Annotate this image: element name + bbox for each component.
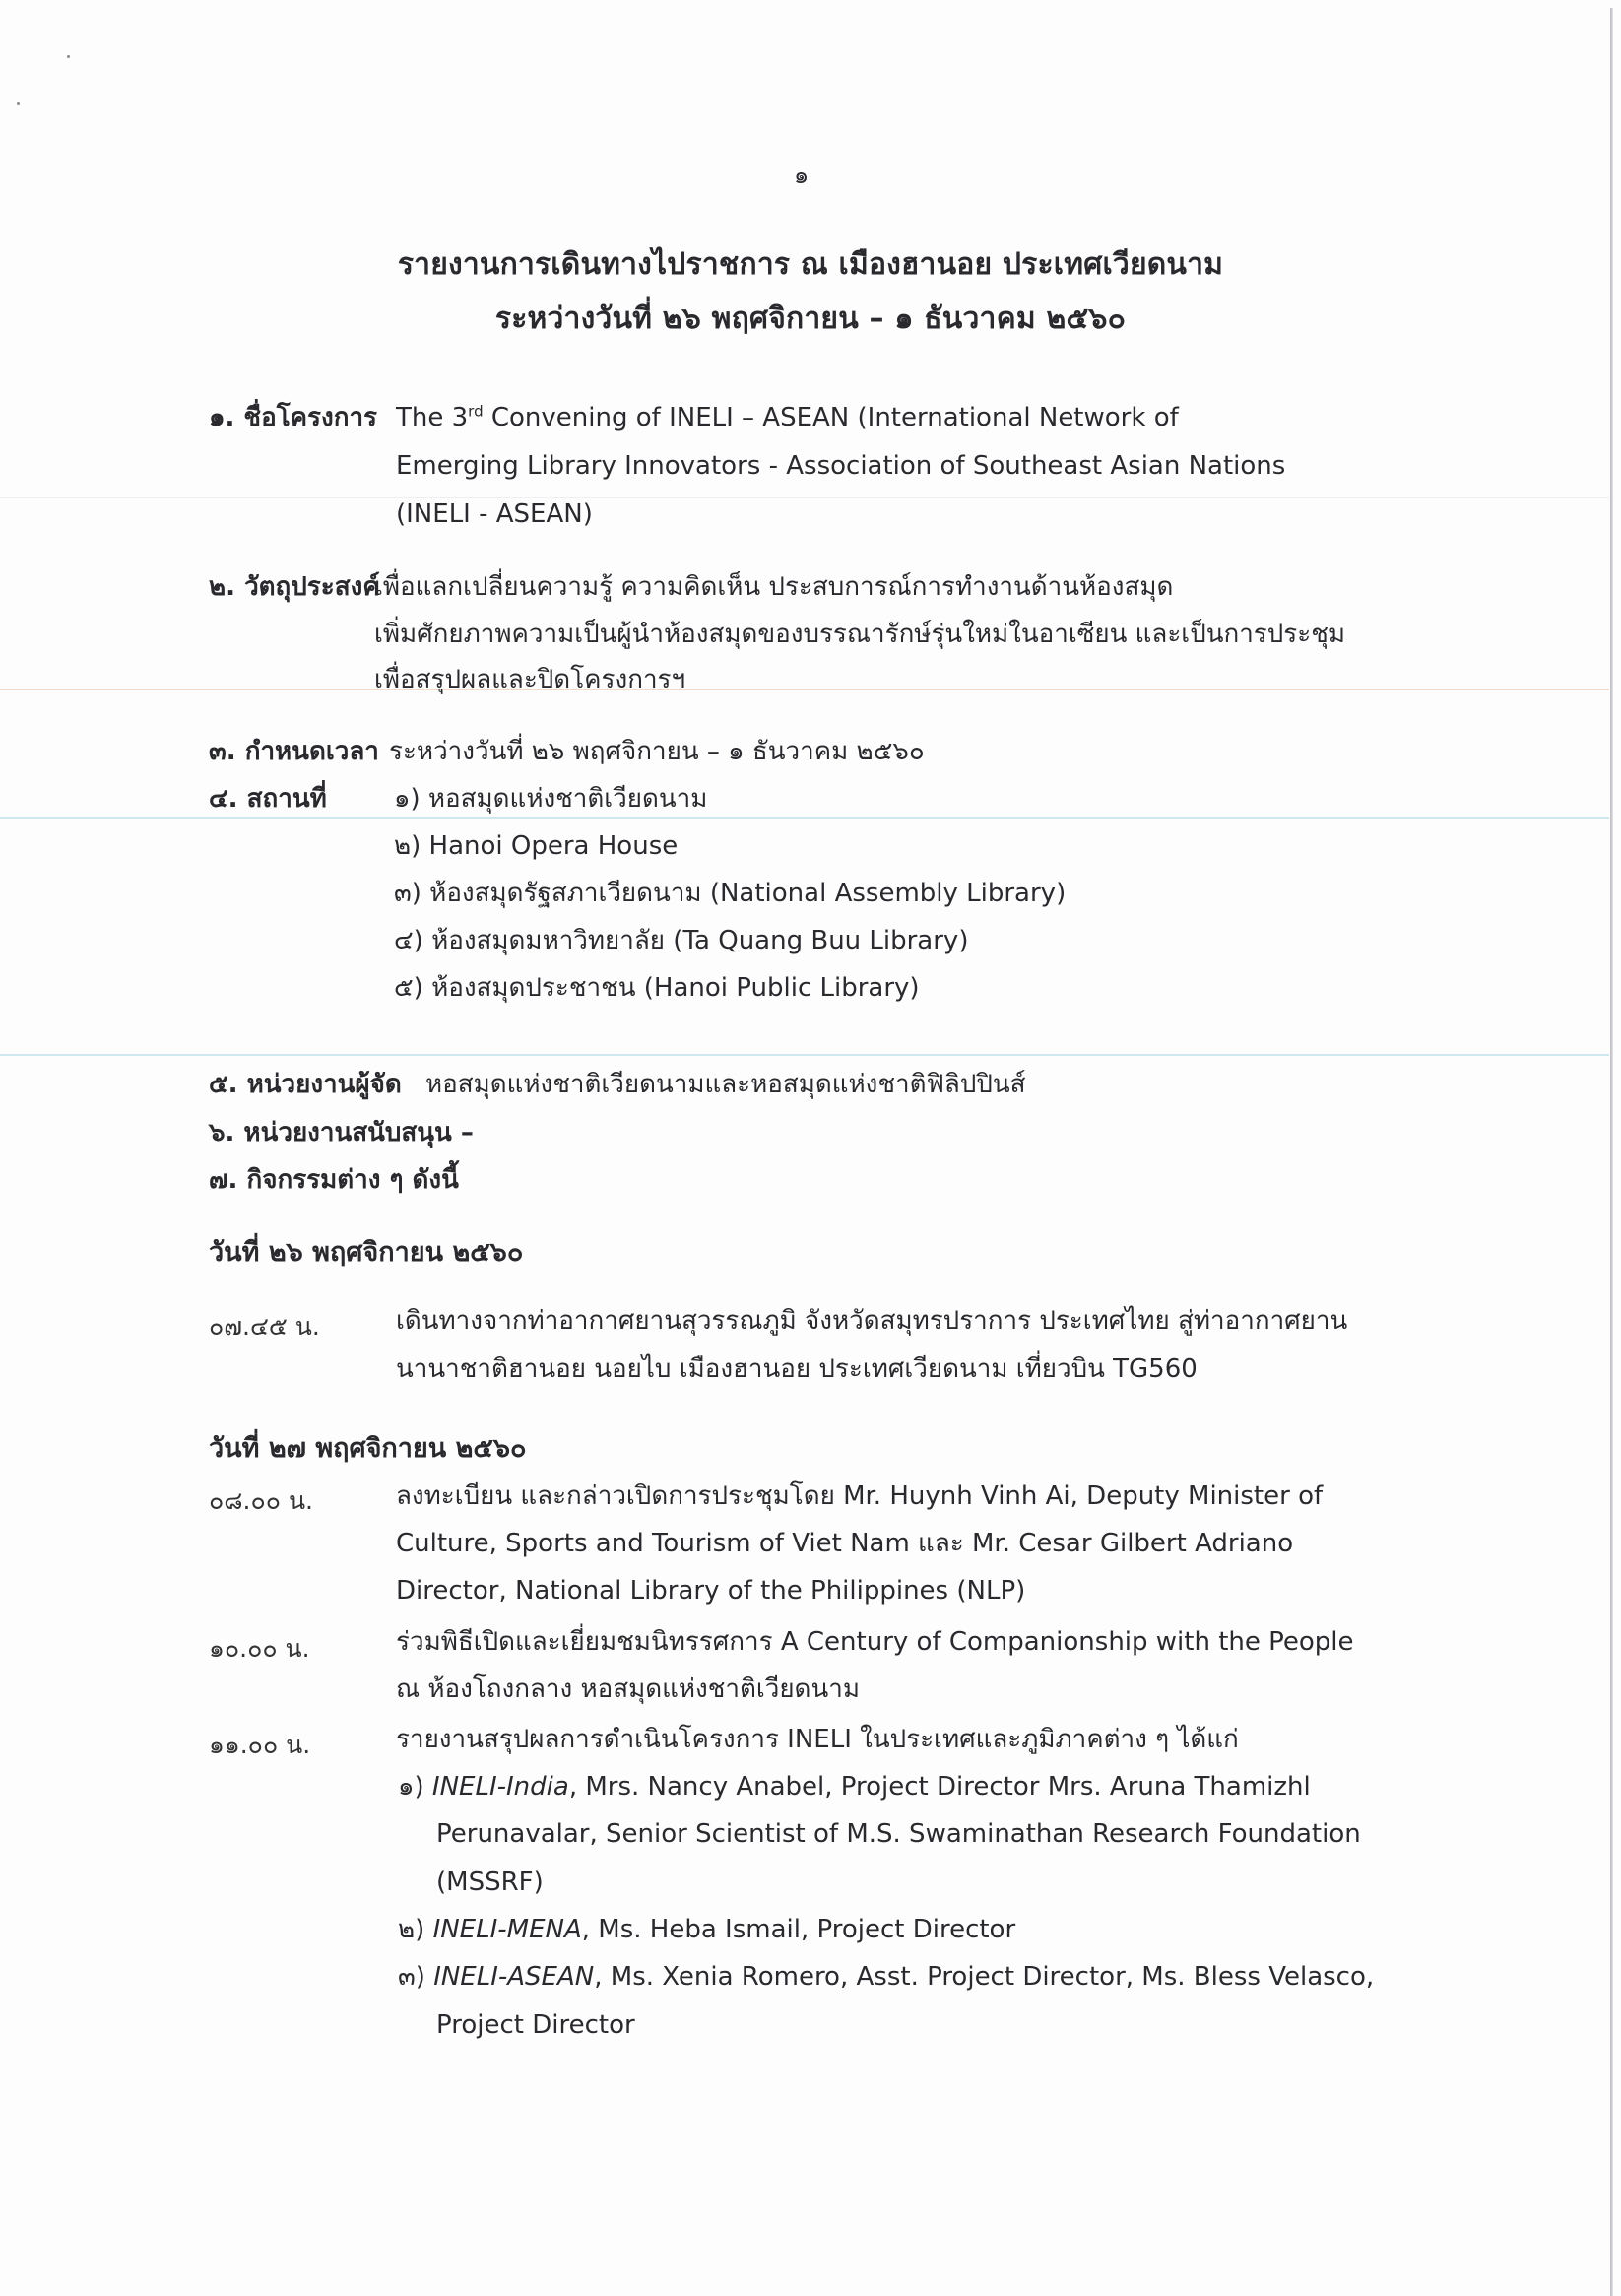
venue-item: ๓) ห้องสมุดรัฐสภาเวียดนาม (National Asse… [394,870,1066,917]
schedule-date: วันที่ ๒๗ พฤศจิกายน ๒๕๖๐ [209,1425,526,1473]
section-venue: ๔. สถานที่ [209,775,327,822]
organizer-value: หอสมุดแห่งชาติเวียดนามและหอสมุดแห่งชาติฟ… [425,1061,1026,1108]
objective-line: เพื่อแลกเปลี่ยนความรู้ ความคิดเห็น ประสบ… [374,563,1173,611]
event-time: ๑๐.๐๐ น. [209,1625,310,1673]
event-line: Culture, Sports and Tourism of Viet Nam … [396,1520,1293,1567]
event-line: ร่วมพิธีเปิดและเยี่ยมชมนิทรรศการ A Centu… [396,1618,1354,1666]
document-title: รายงานการเดินทางไปราชการ ณ เมืองฮานอย ปร… [0,241,1621,288]
section-label: ๗. กิจกรรมต่าง ๆ ดังนี้ [209,1156,459,1204]
venue-item: ๒) Hanoi Opera House [394,822,678,870]
scan-speck [67,55,70,58]
schedule-date: วันที่ ๒๖ พฤศจิกายน ๒๕๖๐ [209,1229,523,1277]
venue-item: ๕) ห้องสมุดประชาชน (Hanoi Public Library… [394,964,920,1012]
report-sub-item: ๑) INELI-India, Mrs. Nancy Anabel, Proje… [398,1763,1311,1810]
report-sub-item-cont: Project Director [436,2001,635,2049]
scan-line [0,497,1609,498]
section-label: ๒. วัตถุประสงค์ [209,563,380,611]
period-value: ระหว่างวันที่ ๒๖ พฤศจิกายน – ๑ ธันวาคม ๒… [389,728,925,775]
section-activities: ๗. กิจกรรมต่าง ๆ ดังนี้ [209,1156,459,1204]
scan-speck [17,102,20,105]
section-label: ๕. หน่วยงานผู้จัด [209,1061,402,1108]
section-objective: ๒. วัตถุประสงค์ [209,563,380,611]
section-period: ๓. กำหนดเวลา [209,728,379,775]
section-label: ๓. กำหนดเวลา [209,728,379,775]
scan-line [0,689,1609,690]
venue-item: ๑) หอสมุดแห่งชาติเวียดนาม [394,775,707,822]
objective-line: เพื่อสรุปผลและปิดโครงการฯ [374,656,685,703]
scan-line [0,1054,1609,1056]
venue-item: ๔) ห้องสมุดมหาวิทยาลัย (Ta Quang Buu Lib… [394,917,968,964]
document-subtitle: ระหว่างวันที่ ๒๖ พฤศจิกายน – ๑ ธันวาคม ๒… [0,295,1621,342]
scan-edge [1610,8,1613,2296]
report-sub-item: ๒) INELI-MENA, Ms. Heba Ismail, Project … [398,1906,1015,1953]
section-label: ๖. หน่วยงานสนับสนุน – [209,1109,474,1156]
report-sub-item-cont: (MSSRF) [436,1859,544,1906]
event-line: เดินทางจากท่าอากาศยานสุวรรณภูมิ จังหวัดส… [396,1297,1347,1345]
event-time: ๑๑.๐๐ น. [209,1722,310,1769]
project-name-line: Emerging Library Innovators - Associatio… [396,442,1285,490]
document-page: ๑ รายงานการเดินทางไปราชการ ณ เมืองฮานอย … [0,0,1621,2296]
section-organizer: ๕. หน่วยงานผู้จัด [209,1061,402,1108]
section-project: ๑. ชื่อโครงการ [209,394,377,441]
project-name-line: (INELI - ASEAN) [396,491,593,538]
event-line: ณ ห้องโถงกลาง หอสมุดแห่งชาติเวียดนาม [396,1666,860,1713]
event-line: Director, National Library of the Philip… [396,1567,1025,1614]
section-sponsor: ๖. หน่วยงานสนับสนุน – [209,1109,474,1156]
page-number: ๑ [794,156,809,194]
section-label: ๑. ชื่อโครงการ [209,394,377,441]
event-time: ๐๗.๔๕ น. [209,1303,320,1350]
objective-line: เพิ่มศักยภาพความเป็นผู้นำห้องสมุดของบรรณ… [374,611,1345,658]
project-name-line: The 3rd Convening of INELI – ASEAN (Inte… [396,394,1179,441]
event-time: ๐๘.๐๐ น. [209,1477,313,1525]
section-label: ๔. สถานที่ [209,775,327,822]
event-line: นานาชาติฮานอย นอยไบ เมืองฮานอย ประเทศเวี… [396,1345,1198,1393]
event-line: รายงานสรุปผลการดำเนินโครงการ INELI ในประ… [396,1716,1239,1763]
event-line: ลงทะเบียน และกล่าวเปิดการประชุมโดย Mr. H… [396,1473,1323,1520]
report-sub-item: ๓) INELI-ASEAN, Ms. Xenia Romero, Asst. … [398,1953,1374,2001]
report-sub-item-cont: Perunavalar, Senior Scientist of M.S. Sw… [436,1810,1361,1858]
